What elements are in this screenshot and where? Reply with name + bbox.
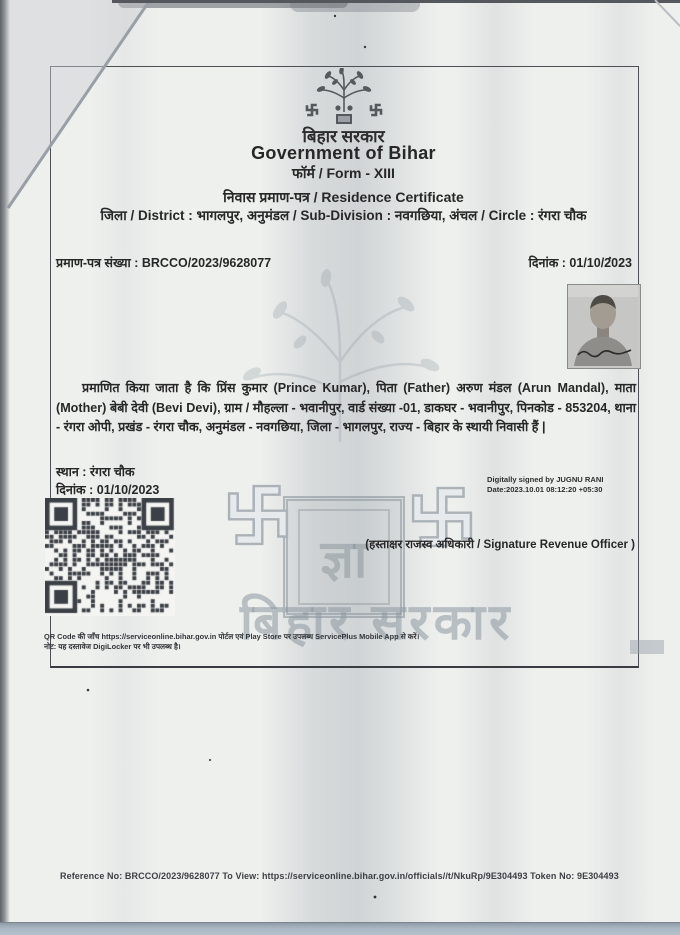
bihar-emblem-tree-icon <box>294 68 394 126</box>
qr-note-line2: नोट: यह दस्तावेज DigiLocker पर भी उपलब्ध… <box>44 642 474 652</box>
qr-verification-note: QR Code की जाँच https://serviceonline.bi… <box>44 632 474 651</box>
applicant-photo <box>567 284 641 369</box>
reference-line: Reference No: BRCCO/2023/9628077 To View… <box>60 871 619 881</box>
issue-date: दिनांक : 01/10/2023 <box>529 254 632 271</box>
scan-bottom-edge <box>0 922 680 935</box>
digital-signature-line2: Date:2023.10.01 08:12:20 +05:30 <box>487 485 603 495</box>
digital-signature-block: Digitally signed by JUGNU RANI Date:2023… <box>487 475 603 495</box>
certificate-paragraph: प्रमाणित किया जाता है कि प्रिंस कुमार (P… <box>56 379 636 438</box>
scan-smudge <box>118 0 348 8</box>
qr-code <box>45 498 175 616</box>
certificate-title: निवास प्रमाण-पत्र / Residence Certificat… <box>50 188 637 207</box>
digital-signature-line1: Digitally signed by JUGNU RANI <box>487 475 603 485</box>
signing-date-line: दिनांक : 01/10/2023 <box>56 481 159 498</box>
government-name-english: Government of Bihar <box>50 143 637 164</box>
scan-smudge <box>290 0 420 12</box>
signature-caption: (हस्ताक्षर राजस्व अधिकारी / Signature Re… <box>365 537 635 552</box>
form-number: फॉर्म / Form - XIII <box>50 164 637 183</box>
qr-note-line1: QR Code की जाँच https://serviceonline.bi… <box>44 632 474 642</box>
scan-left-edge <box>0 0 10 935</box>
place-line: स्थान : रंगरा चौक <box>56 463 135 480</box>
district-line: जिला / District : भागलपुर, अनुमंडल / Sub… <box>50 206 637 224</box>
scanned-document-page: ज्ञा बिहार सरकार <box>0 0 680 935</box>
certificate-number: प्रमाण-पत्र संख्या : BRCCO/2023/9628077 <box>56 254 271 271</box>
